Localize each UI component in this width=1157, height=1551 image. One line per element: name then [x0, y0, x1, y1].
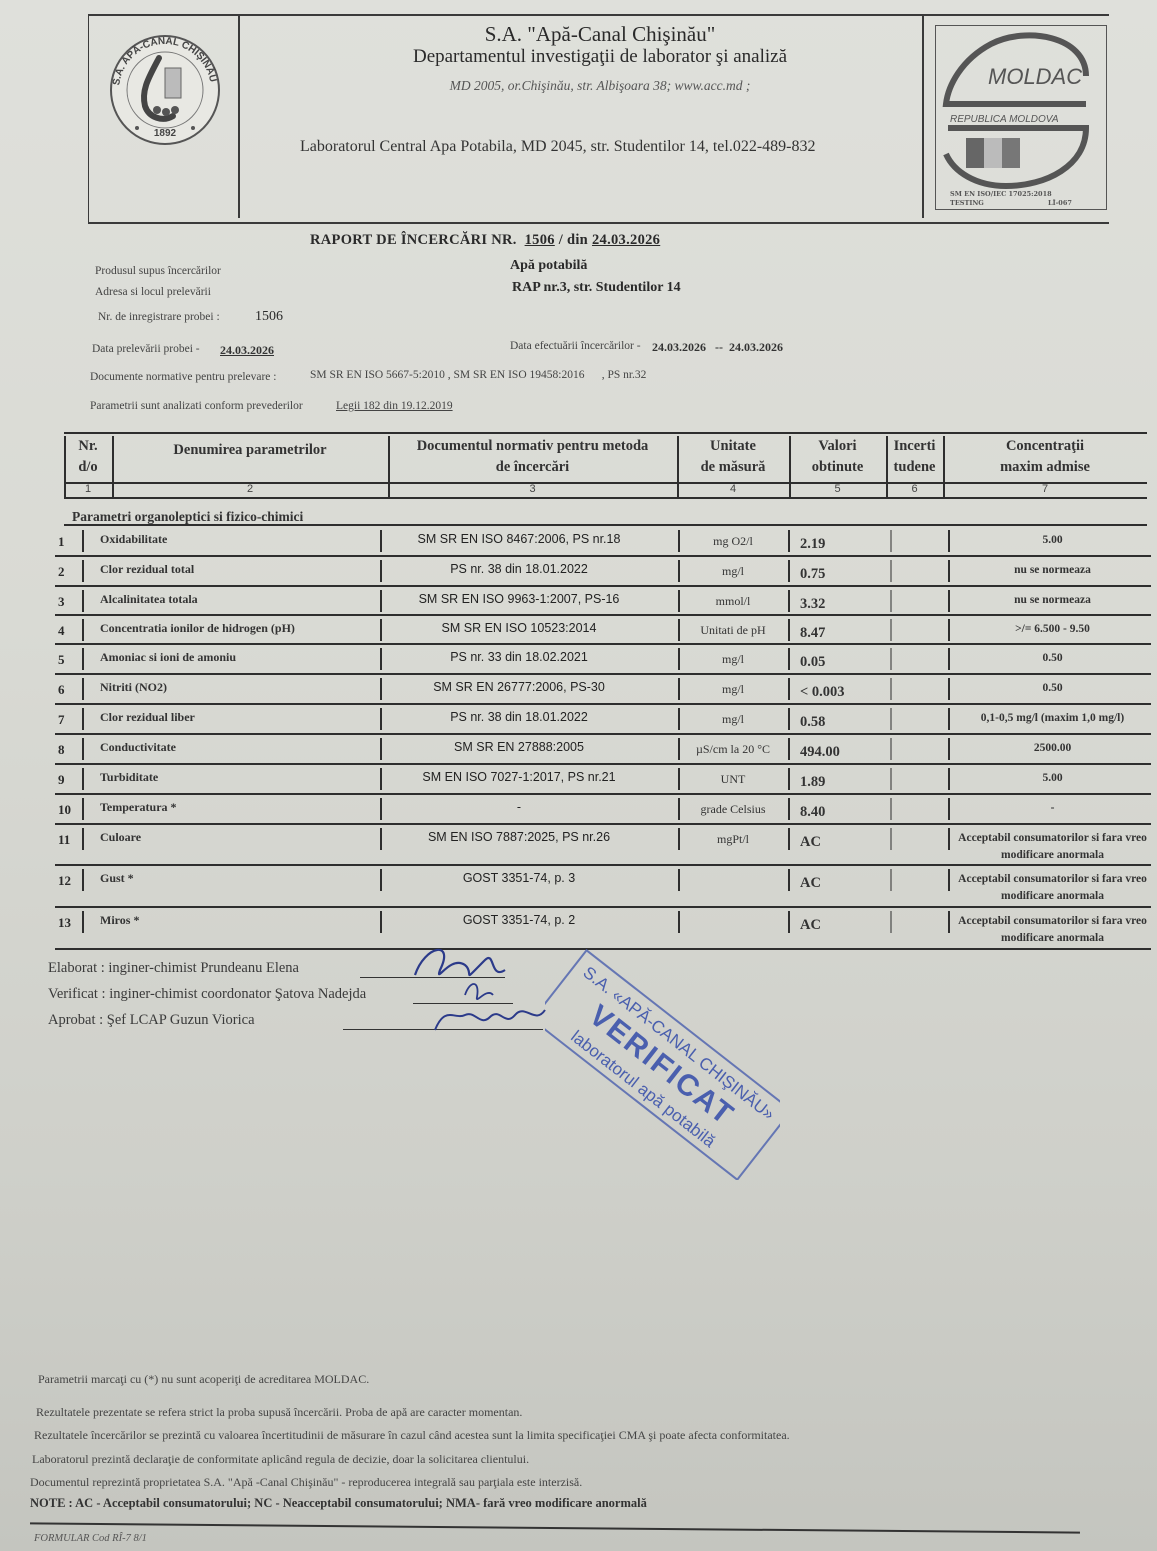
column-number: 2	[112, 483, 388, 495]
product-value: Apă potabilă	[510, 258, 587, 274]
row-number: 6	[58, 682, 65, 698]
column-divider	[948, 768, 950, 790]
report-title: RAPORT DE ÎNCERCĂRI NR. 1506 / din 24.03…	[310, 232, 660, 249]
row-number: 9	[58, 772, 65, 788]
column-divider	[678, 911, 680, 933]
column-divider	[788, 619, 790, 641]
obtained-value: 0.05	[800, 654, 825, 671]
column-divider	[948, 678, 950, 700]
report-page: S.A. APĂ-CANAL CHIŞINĂU 1892 S.A. "Apă-C…	[0, 0, 1157, 1551]
max-admissible: nu se normeaza	[958, 592, 1147, 609]
column-divider	[788, 768, 790, 790]
obtained-value: < 0.003	[800, 684, 845, 701]
column-divider	[82, 590, 84, 612]
column-header: Unitatede măsură	[677, 436, 789, 478]
registration-label: Nr. de inregistrare probei :	[98, 311, 220, 323]
obtained-value: 494.00	[800, 744, 840, 761]
company-seal-icon: S.A. APĂ-CANAL CHIŞINĂU 1892	[107, 32, 223, 148]
verified-by: Verificat : inginer-chimist coordonator …	[48, 986, 366, 1003]
column-header-line: Unitate	[677, 436, 789, 457]
column-divider	[948, 798, 950, 820]
column-divider	[82, 678, 84, 700]
column-divider	[82, 798, 84, 820]
parameter-name: Nitriti (NO2)	[100, 680, 167, 695]
column-header-line: de măsură	[677, 457, 789, 478]
section-title: Parametri organoleptici si fizico-chimic…	[72, 509, 303, 525]
column-header: Concentraţiimaxim admise	[943, 436, 1147, 478]
report-date: 24.03.2026	[592, 232, 660, 248]
sampling-date-label: Data prelevării probei -	[92, 343, 200, 355]
column-header: Nr.d/o	[64, 436, 112, 478]
max-admissible: Acceptabil consumatorilor si fara vreo m…	[958, 871, 1147, 905]
obtained-value: 8.40	[800, 804, 825, 821]
parameter-name: Concentratia ionilor de hidrogen (pH)	[100, 621, 295, 636]
norm-docs-value: SM SR EN ISO 5667-5:2010 , SM SR EN ISO …	[310, 369, 646, 381]
column-header-line: tudene	[886, 457, 943, 478]
department-name: Departamentul investigaţii de laborator …	[300, 46, 900, 68]
table-rule	[64, 524, 1147, 526]
footer-note: Documentul reprezintă proprietatea S.A. …	[30, 1475, 582, 1490]
company-name: S.A. "Apă-Canal Chişinău"	[300, 22, 900, 47]
unit: mg/l	[678, 682, 788, 697]
column-divider	[788, 560, 790, 582]
footer-note: Rezultatele încercărilor se prezintă cu …	[34, 1428, 790, 1443]
column-divider	[82, 530, 84, 552]
row-number: 3	[58, 594, 65, 610]
svg-text:REPUBLICA MOLDOVA: REPUBLICA MOLDOVA	[950, 114, 1059, 125]
column-divider	[82, 738, 84, 760]
product-label: Produsul supus încercărilor	[95, 265, 221, 277]
unit: mg/l	[678, 564, 788, 579]
method-document: PS nr. 38 din 18.01.2022	[380, 710, 658, 724]
obtained-value: 0.58	[800, 714, 825, 731]
row-number: 2	[58, 564, 65, 580]
column-divider	[82, 619, 84, 641]
report-number: 1506	[525, 232, 555, 248]
column-divider	[948, 590, 950, 612]
parameter-name: Miros *	[100, 913, 139, 928]
column-divider	[890, 648, 892, 670]
row-rule	[55, 763, 1151, 765]
column-header-line: Valori	[789, 436, 886, 457]
max-admissible: 5.00	[958, 532, 1147, 549]
svg-text:MOLDAC: MOLDAC	[988, 64, 1082, 89]
column-divider	[82, 828, 84, 850]
max-admissible: 0.50	[958, 680, 1147, 697]
column-divider	[890, 738, 892, 760]
obtained-value: AC	[800, 875, 821, 892]
column-header-line: Denumirea parametrilor	[112, 440, 388, 461]
column-number: 5	[789, 483, 886, 495]
obtained-value: 0.75	[800, 566, 825, 583]
norm-docs-label: Documente normative pentru prelevare :	[90, 371, 276, 383]
method-document: GOST 3351-74, p. 2	[380, 913, 658, 927]
row-number: 1	[58, 534, 65, 550]
unit: grade Celsius	[678, 802, 788, 817]
unit: UNT	[678, 772, 788, 787]
max-admissible: -	[958, 800, 1147, 817]
column-divider	[678, 869, 680, 891]
legend-note: NOTE : AC - Acceptabil consumatorului; N…	[30, 1496, 647, 1511]
column-header-line: maxim admise	[943, 457, 1147, 478]
handwritten-signature-icon	[395, 935, 565, 1045]
row-number: 5	[58, 652, 65, 668]
row-rule	[55, 906, 1151, 908]
column-divider	[948, 869, 950, 891]
parameter-name: Amoniac si ioni de amoniu	[100, 650, 236, 665]
form-code: FORMULAR Cod RÎ-7 8/1	[34, 1533, 147, 1544]
verified-stamp-icon: S.A. «APĂ-CANAL CHIŞINĂU» VERIFICAT labo…	[545, 940, 780, 1180]
parameter-name: Temperatura *	[100, 800, 177, 815]
row-rule	[55, 555, 1151, 557]
row-rule	[55, 673, 1151, 675]
parameter-name: Turbiditate	[100, 770, 158, 785]
column-divider	[788, 738, 790, 760]
row-rule	[55, 614, 1151, 616]
column-divider	[948, 708, 950, 730]
column-header: Valoriobtinute	[789, 436, 886, 478]
max-admissible: Acceptabil consumatorilor si fara vreo m…	[958, 830, 1147, 864]
row-number: 4	[58, 623, 65, 639]
row-rule	[55, 793, 1151, 795]
method-document: SM EN ISO 7027-1:2017, PS nr.21	[380, 770, 658, 784]
column-divider	[788, 911, 790, 933]
column-number: 7	[943, 483, 1147, 495]
column-divider	[788, 530, 790, 552]
column-divider	[948, 530, 950, 552]
column-divider	[82, 560, 84, 582]
row-number: 7	[58, 712, 65, 728]
unit: µS/cm la 20 °C	[678, 742, 788, 757]
footer-note: Laboratorul prezintă declaraţie de confo…	[32, 1452, 529, 1467]
svg-text:TESTING: TESTING	[950, 199, 984, 207]
column-divider	[82, 911, 84, 933]
method-document: SM SR EN ISO 10523:2014	[380, 621, 658, 635]
column-header: Denumirea parametrilor	[112, 440, 388, 461]
column-number: 1	[64, 483, 112, 495]
column-divider	[788, 798, 790, 820]
column-divider	[788, 678, 790, 700]
row-rule	[55, 823, 1151, 825]
column-divider	[788, 648, 790, 670]
column-divider	[948, 911, 950, 933]
row-rule	[55, 864, 1151, 866]
column-header: Incertitudene	[886, 436, 943, 478]
footer-note: Rezultatele prezentate se refera strict …	[36, 1405, 522, 1420]
obtained-value: 8.47	[800, 625, 825, 642]
row-number: 10	[58, 802, 71, 818]
row-number: 8	[58, 742, 65, 758]
company-address: MD 2005, or.Chişinău, str. Albişoara 38;…	[300, 78, 900, 94]
column-header-line: d/o	[64, 457, 112, 478]
column-divider	[788, 869, 790, 891]
method-document: GOST 3351-74, p. 3	[380, 871, 658, 885]
column-header-line: obtinute	[789, 457, 886, 478]
column-divider	[890, 590, 892, 612]
address-value: RAP nr.3, str. Studentilor 14	[512, 280, 681, 296]
method-document: PS nr. 38 din 18.01.2022	[380, 562, 658, 576]
max-admissible: 2500.00	[958, 740, 1147, 757]
column-divider	[890, 619, 892, 641]
lab-address: Laboratorul Central Apa Potabila, MD 204…	[300, 138, 860, 156]
row-number: 12	[58, 873, 71, 889]
parameter-name: Clor rezidual liber	[100, 710, 195, 725]
law-value: Legii 182 din 19.12.2019	[336, 400, 453, 412]
column-divider	[890, 798, 892, 820]
obtained-value: 2.19	[800, 536, 825, 553]
accreditation-note: Parametrii marcaţi cu (*) nu sunt acoper…	[38, 1372, 369, 1387]
unit: mg/l	[678, 652, 788, 667]
column-divider	[82, 648, 84, 670]
column-divider	[948, 560, 950, 582]
column-divider	[890, 768, 892, 790]
obtained-value: 1.89	[800, 774, 825, 791]
column-divider	[890, 869, 892, 891]
parameter-name: Gust *	[100, 871, 134, 886]
column-divider	[948, 648, 950, 670]
address-label: Adresa si locul prelevării	[95, 286, 211, 298]
column-divider	[890, 708, 892, 730]
row-rule	[55, 733, 1151, 735]
unit: mg/l	[678, 712, 788, 727]
moldac-accreditation-icon: MOLDAC REPUBLICA MOLDOVA SM EN ISO/IEC 1…	[935, 25, 1107, 210]
max-admissible: nu se normeaza	[958, 562, 1147, 579]
unit: mmol/l	[678, 594, 788, 609]
unit: mgPt/l	[678, 832, 788, 847]
max-admissible: 0.50	[958, 650, 1147, 667]
unit: mg O2/l	[678, 534, 788, 549]
method-document: PS nr. 33 din 18.02.2021	[380, 650, 658, 664]
parameter-name: Culoare	[100, 830, 141, 845]
parameter-name: Clor rezidual total	[100, 562, 194, 577]
method-document: -	[380, 800, 658, 814]
test-date-range: 24.03.2026 -- 24.03.2026	[652, 340, 783, 355]
column-number: 3	[388, 483, 677, 495]
parameter-name: Conductivitate	[100, 740, 176, 755]
column-divider	[948, 738, 950, 760]
max-admissible: 0,1-0,5 mg/l (maxim 1,0 mg/l)	[958, 710, 1147, 727]
method-document: SM SR EN ISO 8467:2006, PS nr.18	[380, 532, 658, 546]
column-divider	[82, 768, 84, 790]
method-document: SM SR EN ISO 9963-1:2007, PS-16	[380, 592, 658, 606]
row-rule	[55, 703, 1151, 705]
method-document: SM SR EN 26777:2006, PS-30	[380, 680, 658, 694]
row-number: 11	[58, 832, 70, 848]
column-divider	[890, 828, 892, 850]
column-number: 6	[886, 483, 943, 495]
column-divider	[890, 560, 892, 582]
law-label: Parametrii sunt analizati conform preved…	[90, 400, 303, 412]
column-header-line: Nr.	[64, 436, 112, 457]
row-rule	[55, 643, 1151, 645]
method-document: SM EN ISO 7887:2025, PS nr.26	[380, 830, 658, 844]
column-divider	[82, 869, 84, 891]
unit: Unitati de pH	[678, 623, 788, 638]
column-header: Documentul normativ pentru metodade înce…	[388, 436, 677, 478]
column-header-line: Documentul normativ pentru metoda	[388, 436, 677, 457]
column-divider	[890, 911, 892, 933]
parameter-name: Oxidabilitate	[100, 532, 167, 547]
obtained-value: AC	[800, 917, 821, 934]
row-rule	[55, 585, 1151, 587]
table-rule	[64, 497, 1147, 499]
svg-text:SM EN ISO/IEC 17025:2018: SM EN ISO/IEC 17025:2018	[950, 190, 1052, 198]
elaborated-by: Elaborat : inginer-chimist Prundeanu Ele…	[48, 960, 299, 977]
registration-value: 1506	[255, 309, 283, 325]
column-divider	[948, 619, 950, 641]
parameter-name: Alcalinitatea totala	[100, 592, 198, 607]
approved-by: Aprobat : Şef LCAP Guzun Viorica	[48, 1012, 255, 1029]
row-number: 13	[58, 915, 71, 931]
table-rule	[64, 432, 1147, 434]
divider	[922, 16, 924, 218]
column-divider	[890, 530, 892, 552]
column-divider	[788, 708, 790, 730]
divider	[238, 16, 240, 218]
test-date-label: Data efectuării încercărilor -	[510, 340, 641, 352]
column-divider	[948, 828, 950, 850]
column-divider	[82, 708, 84, 730]
max-admissible: 5.00	[958, 770, 1147, 787]
column-header-line: Concentraţii	[943, 436, 1147, 457]
column-divider	[788, 590, 790, 612]
method-document: SM SR EN 27888:2005	[380, 740, 658, 754]
max-admissible: >/= 6.500 - 9.50	[958, 621, 1147, 638]
max-admissible: Acceptabil consumatorilor si fara vreo m…	[958, 913, 1147, 947]
column-divider	[890, 678, 892, 700]
obtained-value: AC	[800, 834, 821, 851]
column-header-line: de încercări	[388, 457, 677, 478]
column-header-line: Incerti	[886, 436, 943, 457]
column-divider	[788, 828, 790, 850]
svg-text:LÎ-067: LÎ-067	[1048, 198, 1072, 207]
column-number: 4	[677, 483, 789, 495]
sampling-date: 24.03.2026	[220, 343, 274, 358]
obtained-value: 3.32	[800, 596, 825, 613]
svg-text:1892: 1892	[154, 128, 177, 139]
footer-rule	[30, 1522, 1080, 1533]
